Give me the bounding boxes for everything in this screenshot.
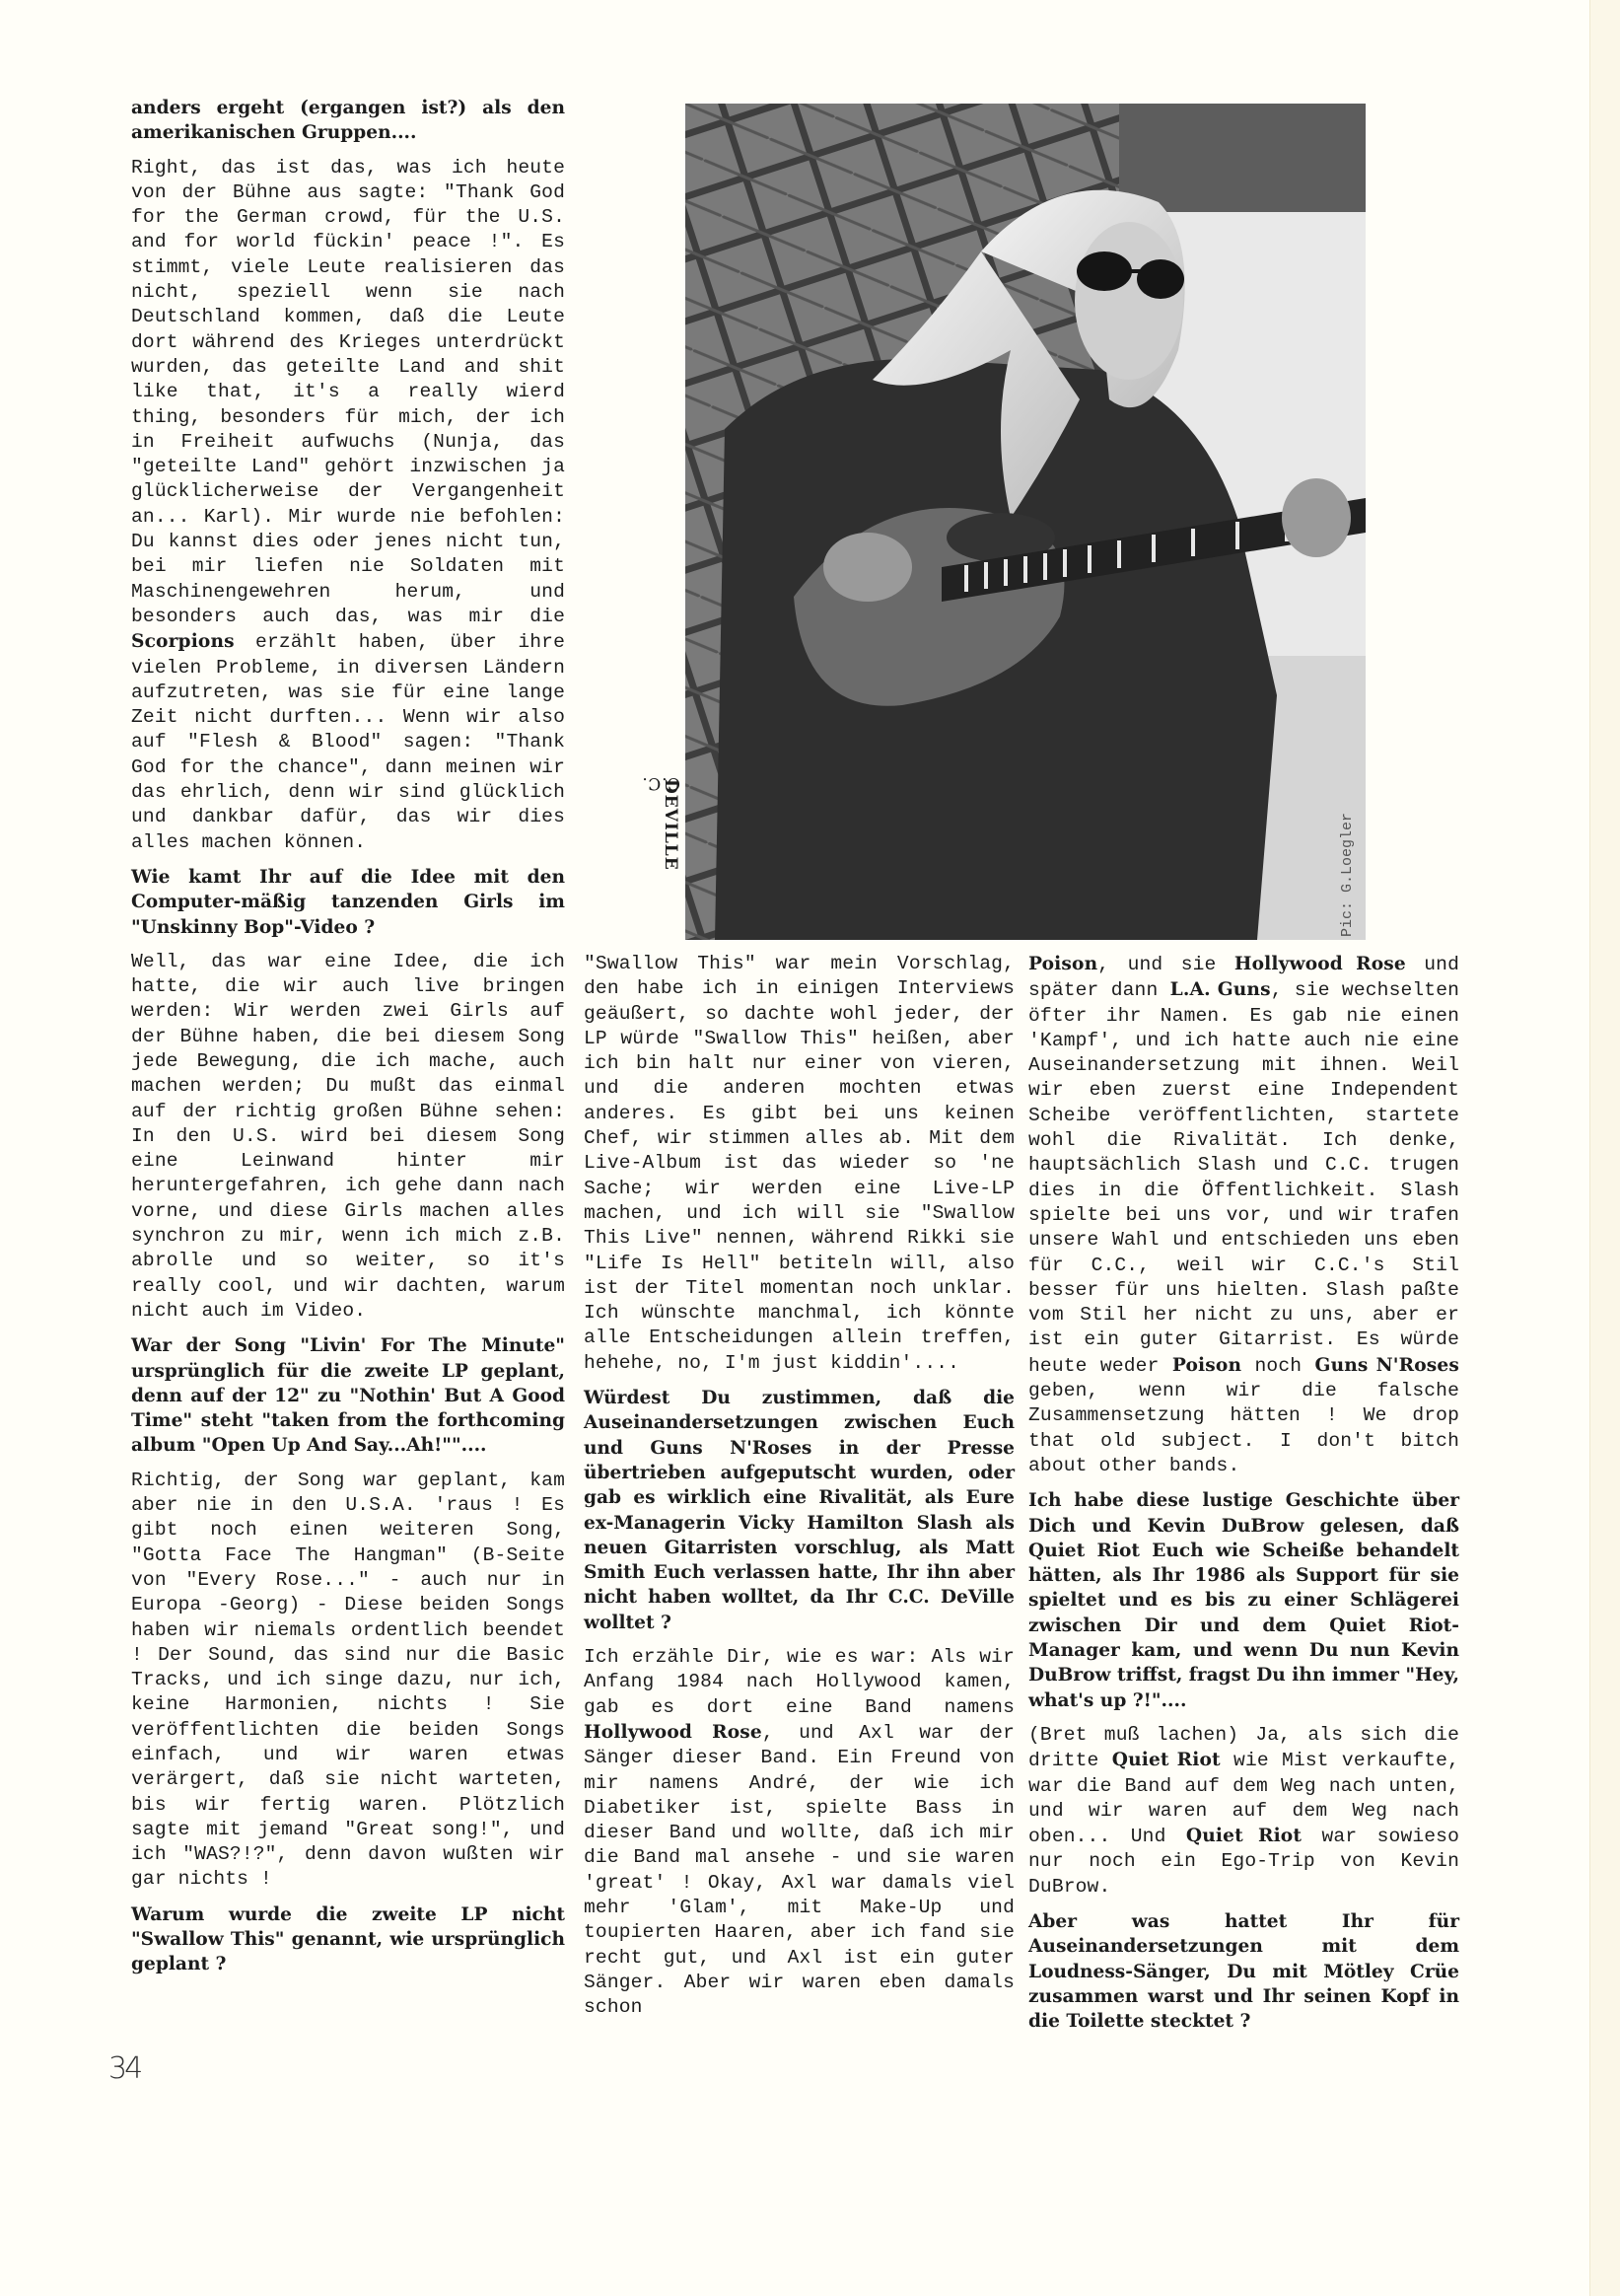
column-middle: "Swallow This" war mein Vorschlag, den h… xyxy=(584,952,1015,2030)
column-left: anders ergeht (ergangen ist?) als den am… xyxy=(131,96,565,1987)
interview-answer: Right, das ist das, was ich heute von de… xyxy=(131,156,565,855)
interview-question: Warum wurde die zweite LP nicht "Swallow… xyxy=(131,1902,565,1977)
interview-question: War der Song "Livin' For The Minute" urs… xyxy=(131,1333,565,1458)
band-name: Poison xyxy=(1028,954,1097,974)
band-name: Quiet Riot xyxy=(1112,1750,1221,1770)
interview-question: Würdest Du zustimmen, daß die Auseinande… xyxy=(584,1386,1015,1635)
interview-answer: Ich erzähle Dir, wie es war: Als wir Anf… xyxy=(584,1645,1015,2020)
band-name: L.A. Guns xyxy=(1170,979,1271,1000)
photo-cc-deville xyxy=(685,104,1366,940)
interview-answer: (Bret muß lachen) Ja, als sich die dritt… xyxy=(1028,1723,1459,1900)
interview-question: anders ergeht (ergangen ist?) als den am… xyxy=(131,96,565,146)
caption-name-prefix: C.C. xyxy=(641,773,680,793)
band-name: Guns N'Roses xyxy=(1315,1355,1459,1376)
interview-answer: "Swallow This" war mein Vorschlag, den h… xyxy=(584,952,1015,1376)
interview-answer: Richtig, der Song war geplant, kam aber … xyxy=(131,1469,565,1893)
page-binding-edge xyxy=(1589,0,1620,2296)
band-name: Quiet Riot xyxy=(1186,1826,1302,1846)
interview-answer: Well, das war eine Idee, die ich hatte, … xyxy=(131,950,565,1324)
band-name: Scorpions xyxy=(131,631,235,652)
band-name: Poison xyxy=(1172,1355,1241,1376)
interview-question: Ich habe diese lustige Geschichte über D… xyxy=(1028,1488,1459,1713)
photo-credit-text: Pic: G.Loegler xyxy=(1339,813,1356,937)
interview-answer: Poison, und sie Hollywood Rose und späte… xyxy=(1028,952,1459,1478)
guitarist-photo-illustration xyxy=(685,104,1366,940)
band-name: Hollywood Rose xyxy=(1234,954,1406,974)
column-right: Poison, und sie Hollywood Rose und späte… xyxy=(1028,952,1459,2044)
interview-question: Aber was hattet Ihr für Auseinandersetzu… xyxy=(1028,1909,1459,2034)
page-number: 34 xyxy=(108,2051,140,2086)
interview-question: Wie kamt Ihr auf die Idee mit den Comput… xyxy=(131,865,565,940)
band-name: Hollywood Rose xyxy=(584,1722,762,1743)
